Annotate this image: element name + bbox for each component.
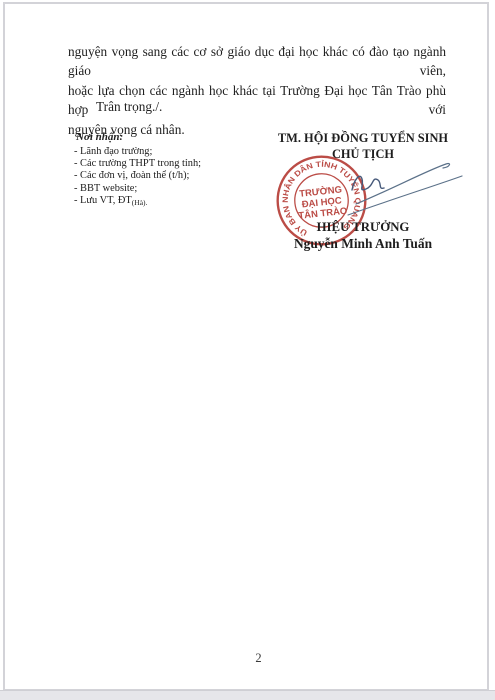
handwritten-signature (344, 152, 466, 222)
recipients-block: Nơi nhận: - Lãnh đạo trường; - Các trườn… (74, 131, 264, 209)
recipient-item: - Các trường THPT trong tỉnh; (74, 158, 264, 170)
page-number: 2 (166, 651, 351, 666)
recipient-item-subscript: (Hà). (132, 198, 148, 207)
officer-name: Nguyễn Minh Anh Tuấn (270, 236, 456, 252)
recipient-item: - BBT website; (74, 183, 264, 195)
document-page: nguyện vọng sang các cơ sở giáo dục đại … (0, 0, 495, 700)
page-edge-bottom (0, 690, 495, 700)
recipient-item: - Lãnh đạo trường; (74, 146, 264, 158)
closing-salutation: Trân trọng./. (96, 99, 162, 115)
officer-block: HIỆU TRƯỞNG Nguyễn Minh Anh Tuấn (270, 219, 456, 252)
recipient-item: - Lưu VT, ĐT(Hà). (74, 195, 264, 209)
body-paragraph: nguyện vọng sang các cơ sở giáo dục đại … (68, 42, 446, 139)
authority-name: TM. HỘI ĐỒNG TUYỂN SINH (270, 130, 456, 146)
signature-flourish-stroke (356, 164, 450, 204)
signature-initials-stroke (352, 176, 384, 190)
recipients-heading: Nơi nhận: (76, 131, 264, 143)
recipient-item: - Các đơn vị, đoàn thể (t/h); (74, 170, 264, 182)
paragraph-line: nguyện vọng sang các cơ sở giáo dục đại … (68, 42, 446, 81)
recipient-item-text: - Lưu VT, ĐT (74, 195, 132, 206)
